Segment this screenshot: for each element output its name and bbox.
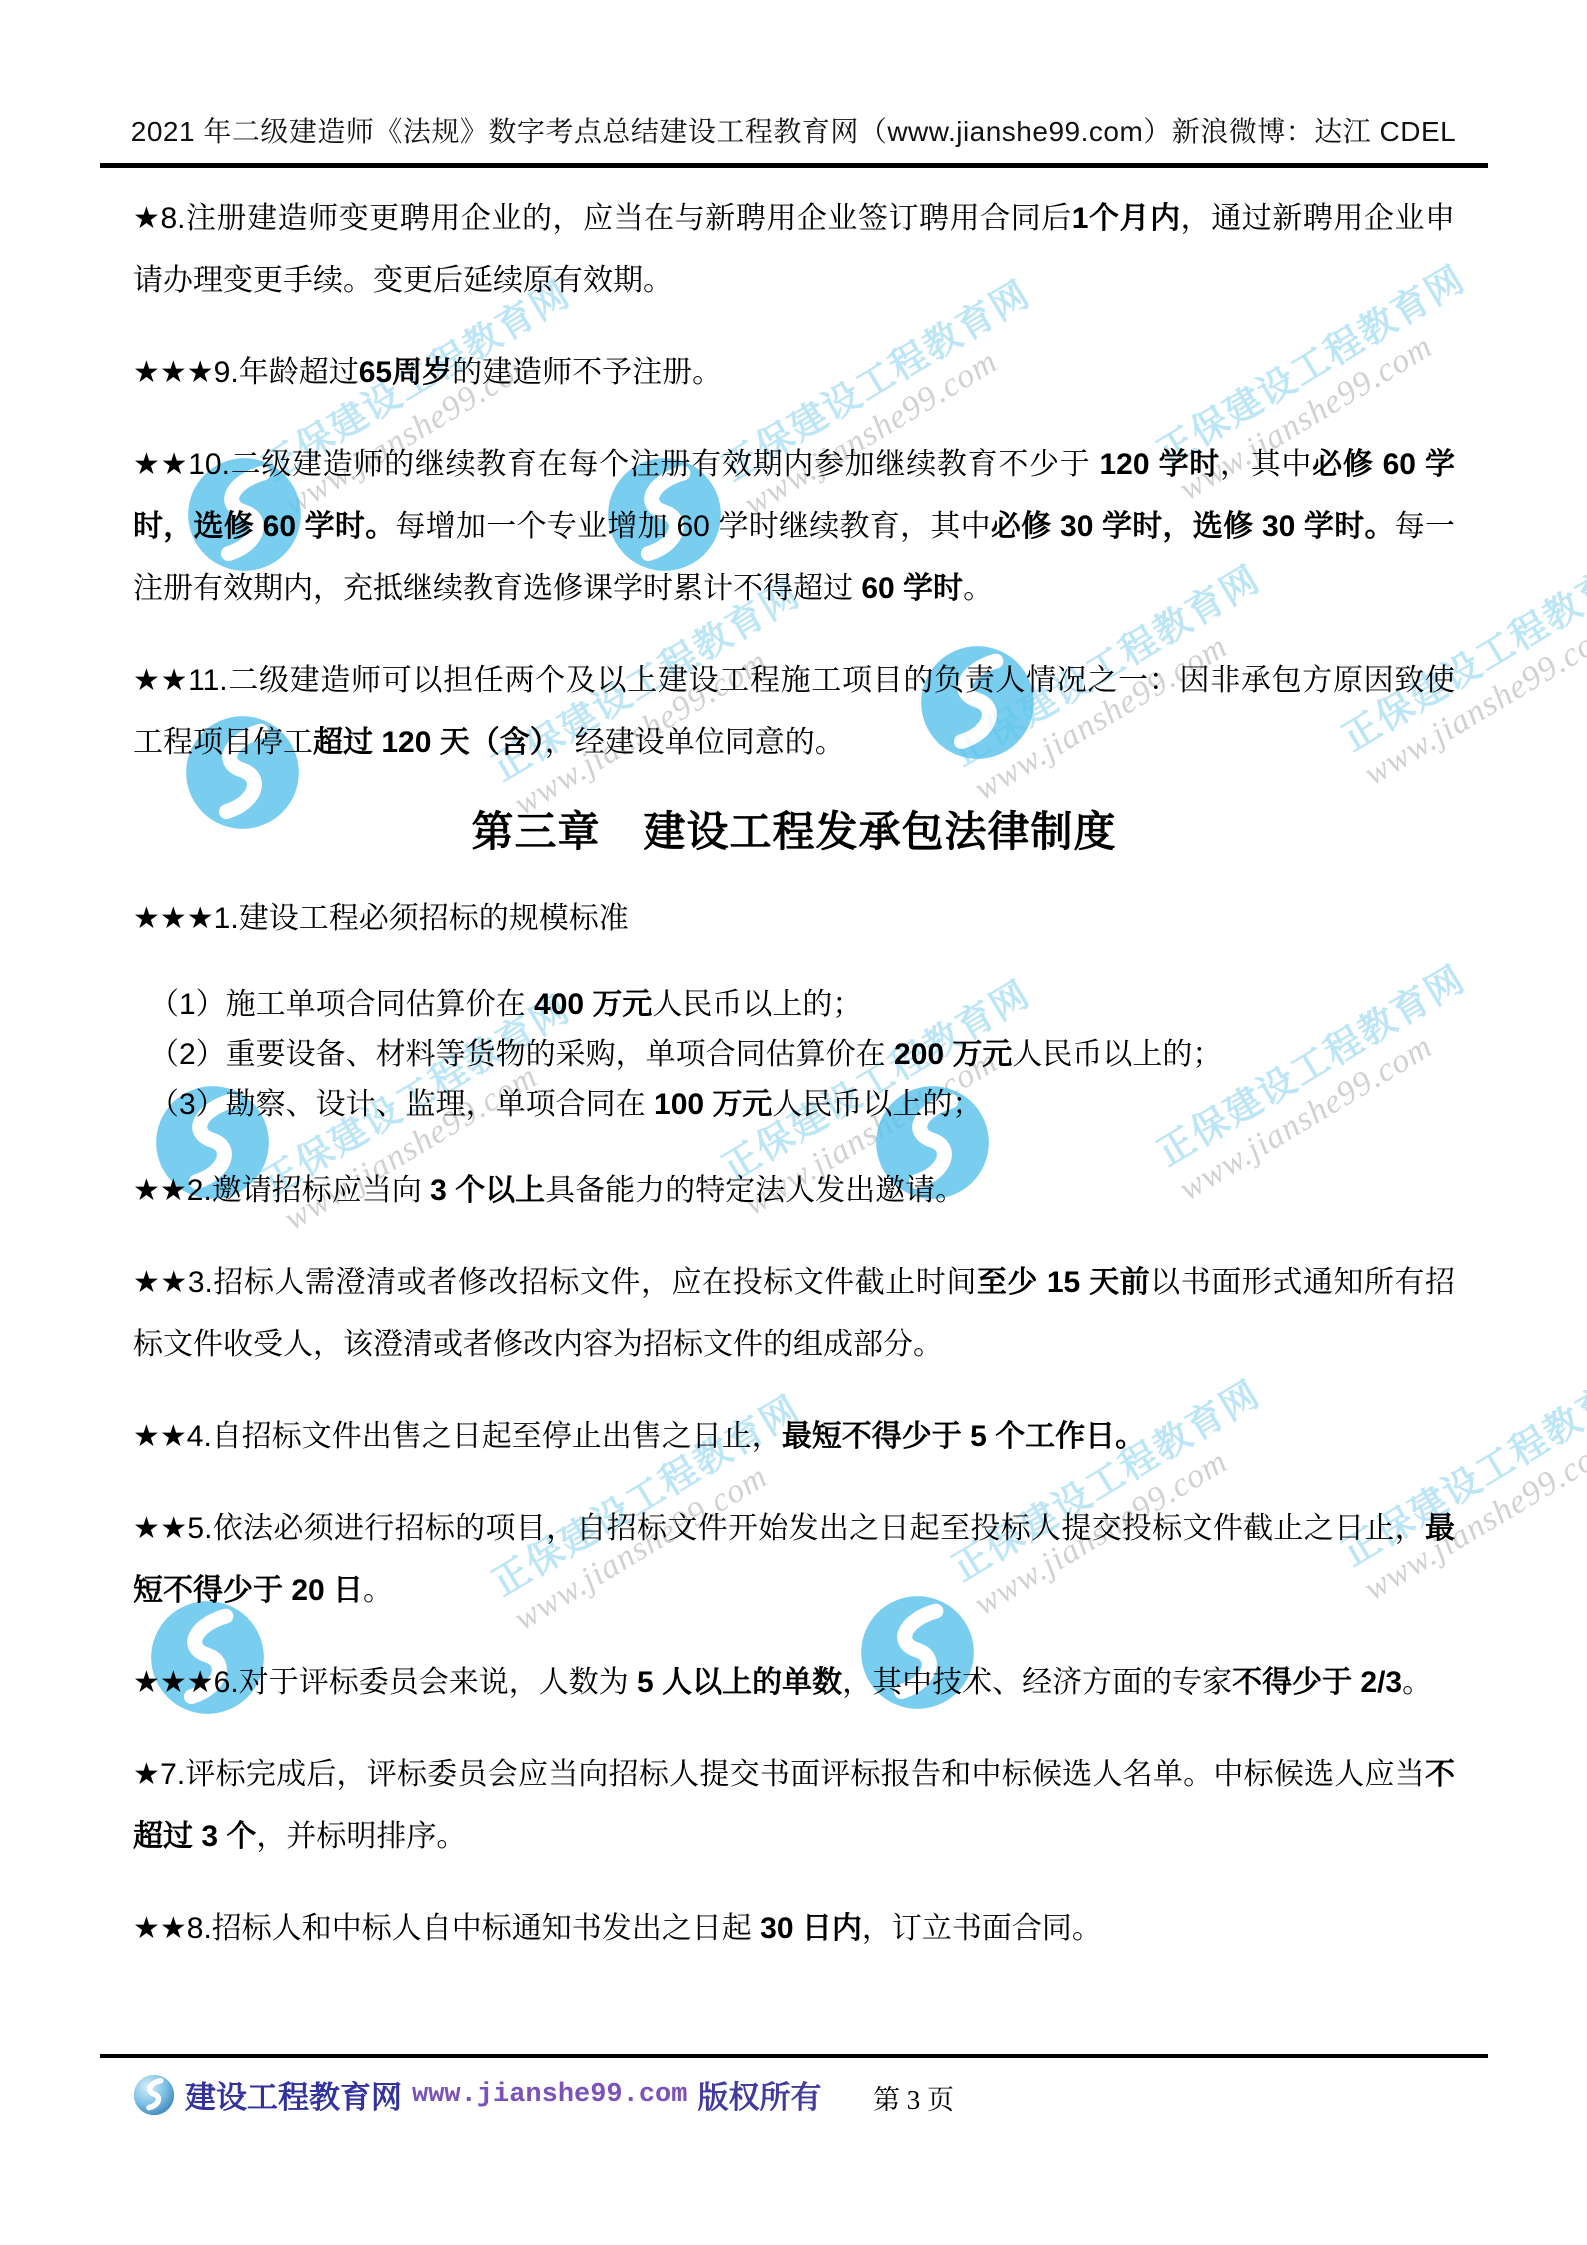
emphasis-text: 不得少于 2/3 xyxy=(1232,1666,1402,1699)
brand-logo-icon xyxy=(133,2074,175,2116)
emphasis-text: 1个月内 xyxy=(1072,202,1181,235)
text-run: ★7.评标完成后，评标委员会应当向招标人提交书面评标报告和中标候选人名单。中标候… xyxy=(133,1758,1425,1791)
emphasis-text: 200 万元 xyxy=(894,1038,1012,1071)
paragraph: ★★5.依法必须进行招标的项目，自招标文件开始发出之日起至投标人提交投标文件截止… xyxy=(133,1498,1455,1622)
chapter-heading: 第三章 建设工程发承包法律制度 xyxy=(133,804,1455,860)
emphasis-text: 3 个以上 xyxy=(430,1174,545,1207)
text-run: ★★4.自招标文件出售之日起至停止出售之日止， xyxy=(133,1420,782,1453)
footer-copyright: 版权所有 xyxy=(697,2072,821,2117)
emphasis-text: 超过 120 天（含） xyxy=(313,726,545,759)
emphasis-text: 5 人以上的单数 xyxy=(637,1666,842,1699)
text-run: （1）施工单项合同估算价在 xyxy=(149,988,534,1021)
text-run: ★8.注册建造师变更聘用企业的，应当在与新聘用企业签订聘用合同后 xyxy=(133,202,1072,235)
emphasis-text: 30 日内 xyxy=(760,1912,862,1945)
emphasis-text: 65周岁 xyxy=(359,356,452,389)
emphasis-text: 100 万元 xyxy=(654,1088,772,1121)
paragraph: ★8.注册建造师变更聘用企业的，应当在与新聘用企业签订聘用合同后1个月内，通过新… xyxy=(133,188,1455,312)
emphasis-text: 最短不得少于 5 个工作日。 xyxy=(782,1420,1145,1453)
emphasis-text: 60 学时 xyxy=(861,572,963,605)
text-run: ★★★6.对于评标委员会来说，人数为 xyxy=(133,1666,637,1699)
text-run: ★★8.招标人和中标人自中标通知书发出之日起 xyxy=(133,1912,760,1945)
footer-site-url[interactable]: www.jianshe99.com xyxy=(412,2080,687,2110)
document-body: ★8.注册建造师变更聘用企业的，应当在与新聘用企业签订聘用合同后1个月内，通过新… xyxy=(133,188,1455,1990)
emphasis-text: 必修 30 学时，选修 30 学时。 xyxy=(991,510,1395,543)
text-run: 人民币以上的； xyxy=(772,1088,982,1121)
paragraph: ★★4.自招标文件出售之日起至停止出售之日止，最短不得少于 5 个工作日。 xyxy=(133,1406,1455,1468)
page-number: 第 3 页 xyxy=(873,2078,954,2117)
text-run: 每增加一个专业增加 60 学时继续教育，其中 xyxy=(395,510,990,543)
paragraph: ★★3.招标人需澄清或者修改招标文件，应在投标文件截止时间至少 15 天前以书面… xyxy=(133,1252,1455,1376)
header-divider xyxy=(100,163,1488,168)
text-run: ，其中 xyxy=(1220,448,1312,481)
paragraph: ★★2.邀请招标应当向 3 个以上具备能力的特定法人发出邀请。 xyxy=(133,1160,1455,1222)
text-run: ★★10.二级建造师的继续教育在每个注册有效期内参加继续教育不少于 xyxy=(133,448,1099,481)
text-run: 具备能力的特定法人发出邀请。 xyxy=(545,1174,965,1207)
text-run: ★★2.邀请招标应当向 xyxy=(133,1174,430,1207)
text-run: ，其中技术、经济方面的专家 xyxy=(842,1666,1232,1699)
text-run: 。 xyxy=(363,1574,393,1607)
list-item: （3）勘察、设计、监理，单项合同在 100 万元人民币以上的； xyxy=(133,1080,1455,1130)
emphasis-text: 至少 15 天前 xyxy=(977,1266,1150,1299)
list-item: （1）施工单项合同估算价在 400 万元人民币以上的； xyxy=(133,980,1455,1030)
footer-site-name: 建设工程教育网 xyxy=(185,2072,402,2117)
text-run: ★★3.招标人需澄清或者修改招标文件，应在投标文件截止时间 xyxy=(133,1266,977,1299)
paragraph: ★★★6.对于评标委员会来说，人数为 5 人以上的单数，其中技术、经济方面的专家… xyxy=(133,1652,1455,1714)
paragraph: ★★11.二级建造师可以担任两个及以上建设工程施工项目的负责人情况之一：因非承包… xyxy=(133,650,1455,774)
text-run: ，经建设单位同意的。 xyxy=(545,726,845,759)
text-run: 人民币以上的； xyxy=(652,988,862,1021)
document-page: 正保建设工程教育网www.jianshe99.com正保建设工程教育网www.j… xyxy=(0,0,1587,2245)
paragraph: ★7.评标完成后，评标委员会应当向招标人提交书面评标报告和中标候选人名单。中标候… xyxy=(133,1744,1455,1868)
page-header-title: 2021 年二级建造师《法规》数字考点总结建设工程教育网（www.jianshe… xyxy=(0,110,1587,150)
text-run: ★★★1.建设工程必须招标的规模标准 xyxy=(133,902,629,935)
paragraph: ★★★9.年龄超过65周岁的建造师不予注册。 xyxy=(133,342,1455,404)
footer-brand: 建设工程教育网 www.jianshe99.com 版权所有 xyxy=(133,2072,1487,2117)
paragraph: ★★10.二级建造师的继续教育在每个注册有效期内参加继续教育不少于 120 学时… xyxy=(133,434,1455,620)
text-run: ，订立书面合同。 xyxy=(862,1912,1102,1945)
text-run: 。 xyxy=(1402,1666,1432,1699)
emphasis-text: 400 万元 xyxy=(534,988,652,1021)
text-run: 的建造师不予注册。 xyxy=(452,356,722,389)
text-run: ，并标明排序。 xyxy=(256,1820,466,1853)
text-run: 人民币以上的； xyxy=(1012,1038,1222,1071)
emphasis-text: 120 学时 xyxy=(1099,448,1220,481)
text-run: ★★5.依法必须进行招标的项目，自招标文件开始发出之日起至投标人提交投标文件截止… xyxy=(133,1512,1425,1545)
footer: 建设工程教育网 www.jianshe99.com 版权所有 第 3 页 xyxy=(133,2072,1487,2120)
paragraph: ★★★1.建设工程必须招标的规模标准 xyxy=(133,888,1455,950)
text-run: 。 xyxy=(963,572,993,605)
text-run: （3）勘察、设计、监理，单项合同在 xyxy=(149,1088,654,1121)
text-run: （2）重要设备、材料等货物的采购，单项合同估算价在 xyxy=(149,1038,894,1071)
text-run: ★★★9.年龄超过 xyxy=(133,356,359,389)
footer-divider xyxy=(100,2054,1488,2058)
paragraph: ★★8.招标人和中标人自中标通知书发出之日起 30 日内，订立书面合同。 xyxy=(133,1898,1455,1960)
list-item: （2）重要设备、材料等货物的采购，单项合同估算价在 200 万元人民币以上的； xyxy=(133,1030,1455,1080)
